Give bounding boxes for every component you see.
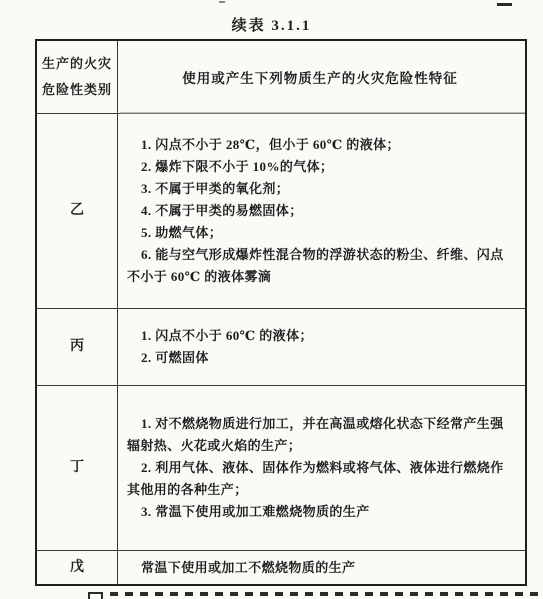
hazard-item: 3. 不属于甲类的氧化剂； bbox=[127, 178, 513, 200]
description-cell-wu: 常温下使用或加工不燃烧物质的生产 bbox=[118, 551, 525, 585]
table-row-ding: 丁 1. 对不燃烧物质进行加工，并在高温或熔化状态下经常产生强辐射热、火花或火焰… bbox=[37, 385, 525, 550]
category-cell-ding: 丁 bbox=[37, 386, 118, 550]
header-category-line2: 危险性类别 bbox=[42, 77, 112, 103]
hazard-item: 1. 闪点不小于 60℃ 的液体； bbox=[127, 325, 513, 347]
hazard-item: 常温下使用或加工不燃烧物质的生产 bbox=[127, 557, 513, 579]
clipped-glyph-tops bbox=[110, 592, 540, 596]
scan-artifact-mark bbox=[219, 1, 225, 3]
hazard-item: 4. 不属于甲类的易燃固体； bbox=[127, 200, 513, 222]
table-row-yi: 乙 1. 闪点不小于 28℃，但小于 60℃ 的液体； 2. 爆炸下限不小于 1… bbox=[37, 113, 525, 308]
description-cell-ding: 1. 对不燃烧物质进行加工，并在高温或熔化状态下经常产生强辐射热、火花或火焰的生… bbox=[118, 386, 525, 550]
scan-artifact-mark bbox=[497, 3, 512, 6]
table-header-row: 生产的火灾 危险性类别 使用或产生下列物质生产的火灾危险性特征 bbox=[37, 41, 525, 113]
table-row-wu: 戊 常温下使用或加工不燃烧物质的生产 bbox=[37, 550, 525, 585]
hazard-item: 1. 对不燃烧物质进行加工，并在高温或熔化状态下经常产生强辐射热、火花或火焰的生… bbox=[127, 413, 513, 457]
description-cell-yi: 1. 闪点不小于 28℃，但小于 60℃ 的液体； 2. 爆炸下限不小于 10%… bbox=[118, 114, 525, 308]
clipped-text-fragment bbox=[88, 592, 540, 599]
scan-ghost-line bbox=[120, 112, 525, 114]
header-category-line1: 生产的火灾 bbox=[42, 51, 112, 77]
fire-hazard-classification-table: 生产的火灾 危险性类别 使用或产生下列物质生产的火灾危险性特征 乙 1. 闪点不… bbox=[35, 39, 527, 586]
clipped-glyph-top bbox=[88, 592, 103, 599]
description-cell-bing: 1. 闪点不小于 60℃ 的液体； 2. 可燃固体 bbox=[118, 309, 525, 385]
header-description-cell: 使用或产生下列物质生产的火灾危险性特征 bbox=[118, 41, 525, 113]
category-cell-yi: 乙 bbox=[37, 114, 118, 308]
hazard-item: 2. 利用气体、液体、固体作为燃料或将气体、液体进行燃烧作其他用的各种生产； bbox=[127, 457, 513, 501]
header-description-text: 使用或产生下列物质生产的火灾危险性特征 bbox=[182, 67, 458, 87]
category-cell-bing: 丙 bbox=[37, 309, 118, 385]
header-category-cell: 生产的火灾 危险性类别 bbox=[37, 41, 118, 113]
hazard-item: 3. 常温下使用或加工难燃烧物质的生产 bbox=[127, 501, 513, 523]
hazard-item: 6. 能与空气形成爆炸性混合物的浮游状态的粉尘、纤维、闪点不小于 60℃ 的液体… bbox=[127, 244, 513, 288]
hazard-item: 2. 爆炸下限不小于 10%的气体； bbox=[127, 156, 513, 178]
hazard-item: 5. 助燃气体； bbox=[127, 222, 513, 244]
table-title: 续表 3.1.1 bbox=[0, 14, 543, 35]
hazard-item: 1. 闪点不小于 28℃，但小于 60℃ 的液体； bbox=[127, 134, 513, 156]
hazard-item: 2. 可燃固体 bbox=[127, 347, 513, 369]
table-row-bing: 丙 1. 闪点不小于 60℃ 的液体； 2. 可燃固体 bbox=[37, 308, 525, 385]
category-cell-wu: 戊 bbox=[37, 551, 118, 585]
